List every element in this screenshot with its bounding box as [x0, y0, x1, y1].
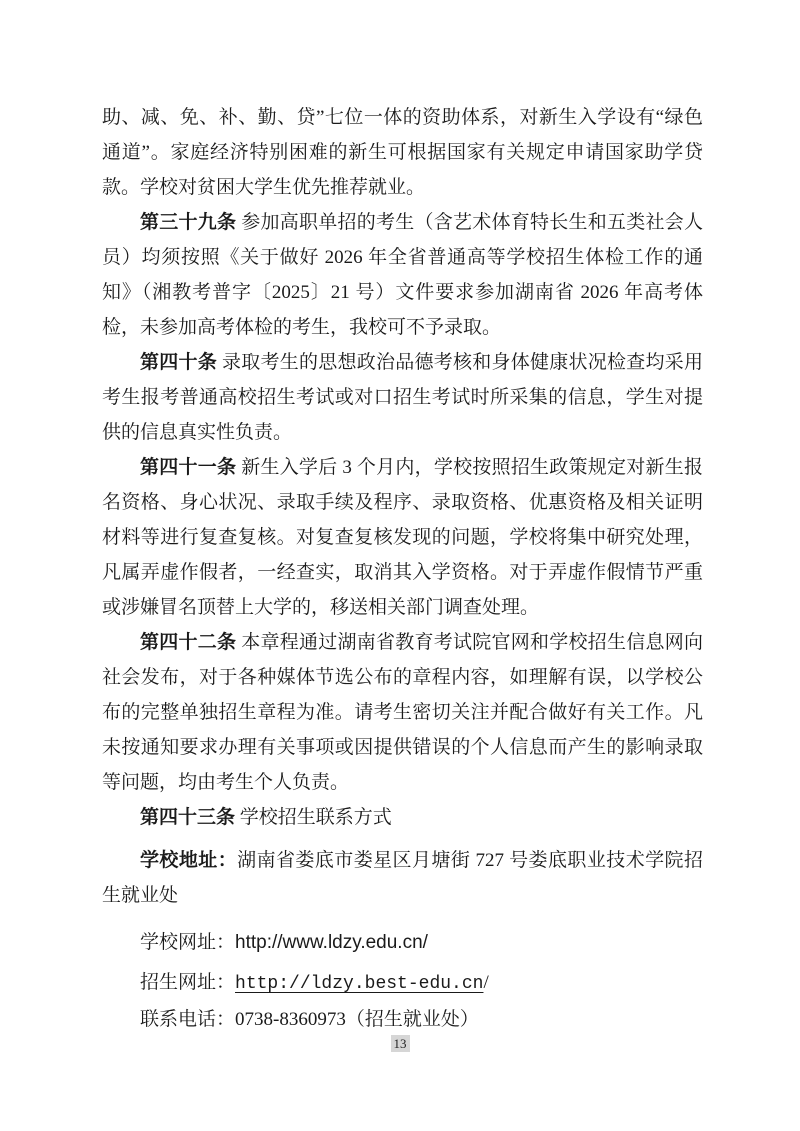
- document-page: 助、减、免、补、勤、贷”七位一体的资助体系，对新生入学设有“绿色通道”。家庭经济…: [0, 0, 800, 1131]
- article-43-text: 学校招生联系方式: [235, 807, 392, 828]
- page-number: 13: [391, 1035, 410, 1052]
- contact-admissions-label: 招生网址：: [140, 972, 235, 993]
- article-40-label: 第四十条: [140, 352, 217, 373]
- paragraph-continuation: 助、减、免、补、勤、贷”七位一体的资助体系，对新生入学设有“绿色通道”。家庭经济…: [102, 100, 703, 205]
- contact-address-label: 学校地址：: [140, 850, 237, 871]
- article-42-label: 第四十二条: [140, 632, 236, 653]
- article-41-label: 第四十一条: [140, 457, 236, 478]
- contact-phone-line: 联系电话：0738-8360973（招生就业处）: [102, 1002, 703, 1037]
- school-website-url: http://www.ldzy.edu.cn/: [235, 932, 428, 953]
- paragraph-article-41: 第四十一条 新生入学后 3 个月内，学校按照招生政策规定对新生报名资格、身心状况…: [102, 450, 703, 625]
- paragraph-continuation-text: 助、减、免、补、勤、贷”七位一体的资助体系，对新生入学设有“绿色通道”。家庭经济…: [102, 107, 703, 198]
- admissions-website-link[interactable]: http://ldzy.best-edu.cn: [235, 974, 483, 994]
- article-43-label: 第四十三条: [140, 807, 235, 828]
- article-42-text: 本章程通过湖南省教育考试院官网和学校招生信息网向社会发布，对于各种媒体节选公布的…: [102, 632, 703, 793]
- article-39-label: 第三十九条: [140, 212, 236, 233]
- paragraph-article-39: 第三十九条 参加高职单招的考生（含艺术体育特长生和五类社会人员）均须按照《关于做…: [102, 205, 703, 345]
- article-41-text: 新生入学后 3 个月内，学校按照招生政策规定对新生报名资格、身心状况、录取手续及…: [102, 457, 703, 618]
- contact-admissions-line: 招生网址：http://ldzy.best-edu.cn/: [102, 965, 703, 1002]
- contact-website-line: 学校网址：http://www.ldzy.edu.cn/: [102, 925, 703, 960]
- paragraph-article-42: 第四十二条 本章程通过湖南省教育考试院官网和学校招生信息网向社会发布，对于各种媒…: [102, 625, 703, 800]
- admissions-url-suffix: /: [483, 972, 488, 993]
- contact-address-line: 学校地址：湖南省娄底市娄星区月塘街 727 号娄底职业技术学院招生就业处: [102, 843, 703, 913]
- contact-phone-label: 联系电话：: [140, 1009, 235, 1030]
- document-content: 助、减、免、补、勤、贷”七位一体的资助体系，对新生入学设有“绿色通道”。家庭经济…: [102, 100, 703, 1037]
- paragraph-article-40: 第四十条 录取考生的思想政治品德考核和身体健康状况检查均采用考生报考普通高校招生…: [102, 345, 703, 450]
- paragraph-article-43: 第四十三条 学校招生联系方式: [102, 800, 703, 835]
- page-footer: 13: [0, 1035, 800, 1053]
- contact-phone-value: 0738-8360973（招生就业处）: [235, 1009, 479, 1030]
- contact-website-label: 学校网址：: [140, 932, 235, 953]
